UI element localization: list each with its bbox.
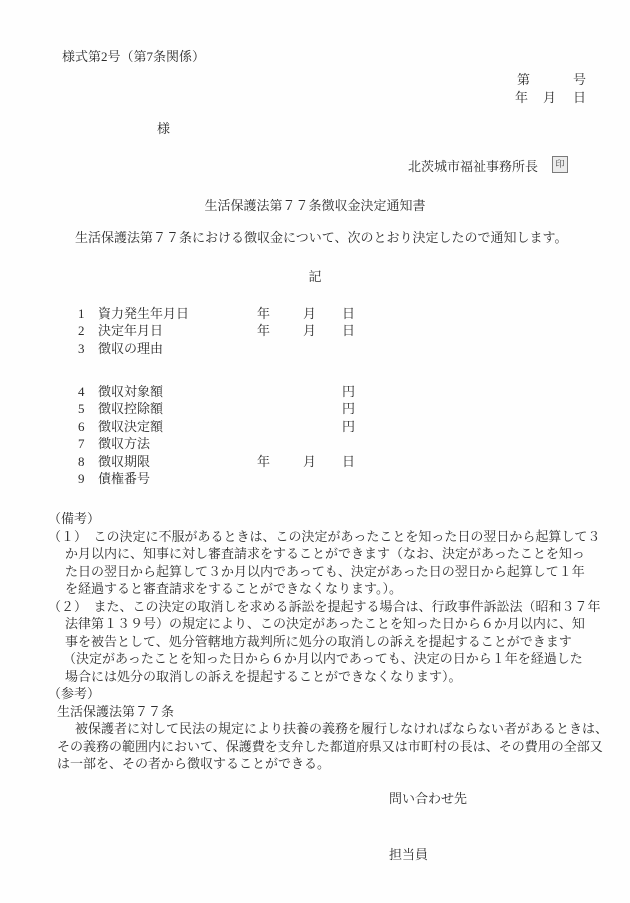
remark-2-line: 法律第１３９号）の規定により、この決定があったことを知った日から６か月以内に、知	[65, 615, 630, 633]
date-day-label: 日	[573, 89, 586, 107]
unit-month: 月	[303, 322, 316, 340]
unit-day: 日	[342, 453, 355, 471]
unit-yen: 円	[342, 418, 355, 436]
remark-1-line: （１） この決定に不服があるときは、この決定があったことを知った日の翌日から起算…	[48, 528, 630, 546]
unit-year: 年	[257, 322, 270, 340]
unit-year: 年	[257, 453, 270, 471]
issuer-title: 北茨城市福祉事務所長	[408, 158, 538, 176]
item-row-4: 4 徴収対象額 円	[0, 383, 630, 401]
reference-heading: （参考）	[48, 685, 630, 703]
item-number: 4	[78, 383, 85, 401]
form-number: 様式第2号（第7条関係）	[62, 48, 205, 66]
unit-year: 年	[257, 305, 270, 323]
item-number: 8	[78, 453, 85, 471]
remarks-section: （備考） （１） この決定に不服があるときは、この決定があったことを知った日の翌…	[0, 510, 630, 773]
unit-month: 月	[303, 305, 316, 323]
unit-yen: 円	[342, 400, 355, 418]
item-number: 6	[78, 418, 85, 436]
notice-document-page: 様式第2号（第7条関係） 第 号 年 月 日 様 北茨城市福祉事務所長 印 生活…	[0, 0, 630, 903]
item-row-9: 9 債権番号	[0, 470, 630, 488]
remarks-heading: （備考）	[48, 510, 630, 528]
item-row-6: 6 徴収決定額 円	[0, 418, 630, 436]
item-label: 徴収期限	[98, 453, 150, 471]
remark-2-line: （決定があったことを知った日から６か月以内であっても、決定の日から１年を経過した	[63, 650, 630, 668]
item-number: 1	[78, 305, 85, 323]
date-year-label: 年	[515, 89, 528, 107]
item-number: 9	[78, 470, 85, 488]
doc-number-prefix: 第	[517, 71, 530, 89]
remark-1-line: か月以内に、知事に対し審査請求をすることができます（なお、決定があったことを知っ	[65, 545, 630, 563]
remark-1-line: た日の翌日から起算して３か月以内であっても、決定があった日の翌日から起算して１年	[65, 563, 630, 581]
item-number: 7	[78, 435, 85, 453]
item-label: 徴収決定額	[98, 418, 163, 436]
remark-2-line: 事を被告として、処分管轄地方裁判所に処分の取消しの訴えを提起することができます	[65, 633, 630, 651]
item-label: 債権番号	[98, 470, 150, 488]
reference-line: 被保護者に対して民法の規定により扶養の義務を履行しなければならない者があるときは…	[75, 720, 630, 738]
contact-label: 問い合わせ先	[389, 790, 467, 808]
item-label: 徴収控除額	[98, 400, 163, 418]
item-number: 3	[78, 340, 85, 358]
item-label: 決定年月日	[98, 322, 163, 340]
item-label: 徴収対象額	[98, 383, 163, 401]
unit-yen: 円	[342, 383, 355, 401]
seal-placeholder-icon: 印	[552, 156, 568, 173]
item-label: 徴収方法	[98, 435, 150, 453]
staff-label: 担当員	[389, 846, 428, 864]
reference-law-title: 生活保護法第７７条	[57, 703, 630, 721]
reference-line: は一部を、その者から徴収することができる。	[57, 755, 630, 773]
item-number: 5	[78, 400, 85, 418]
unit-day: 日	[342, 322, 355, 340]
document-title: 生活保護法第７７条徴収金決定通知書	[0, 197, 630, 215]
item-row-5: 5 徴収控除額 円	[0, 400, 630, 418]
item-label: 資力発生年月日	[98, 305, 189, 323]
addressee-honorific: 様	[157, 120, 170, 138]
record-marker: 記	[0, 268, 630, 286]
item-number: 2	[78, 322, 85, 340]
reference-line: その義務の範囲内において、保護費を支弁した都道府県又は市町村の長は、その費用の全…	[57, 738, 630, 756]
doc-number-suffix: 号	[573, 71, 586, 89]
item-row-3: 3 徴収の理由	[0, 340, 630, 358]
item-row-8: 8 徴収期限 年 月 日	[0, 453, 630, 471]
remark-2-line: 場合には処分の取消しの訴えを提起することができなくなります）。	[65, 668, 630, 686]
remark-2-line: （２） また、この決定の取消しを求める訴訟を提起する場合は、行政事件訴訟法（昭和…	[48, 598, 630, 616]
item-label: 徴収の理由	[98, 340, 163, 358]
item-row-7: 7 徴収方法	[0, 435, 630, 453]
date-month-label: 月	[543, 89, 556, 107]
intro-paragraph: 生活保護法第７７条における徴収金について、次のとおり決定したので通知します。	[75, 229, 567, 247]
unit-month: 月	[303, 453, 316, 471]
remark-1-line: を経過すると審査請求をすることができなくなります。）。	[65, 580, 630, 598]
unit-day: 日	[342, 305, 355, 323]
item-row-2: 2 決定年月日 年 月 日	[0, 322, 630, 340]
item-row-1: 1 資力発生年月日 年 月 日	[0, 305, 630, 323]
